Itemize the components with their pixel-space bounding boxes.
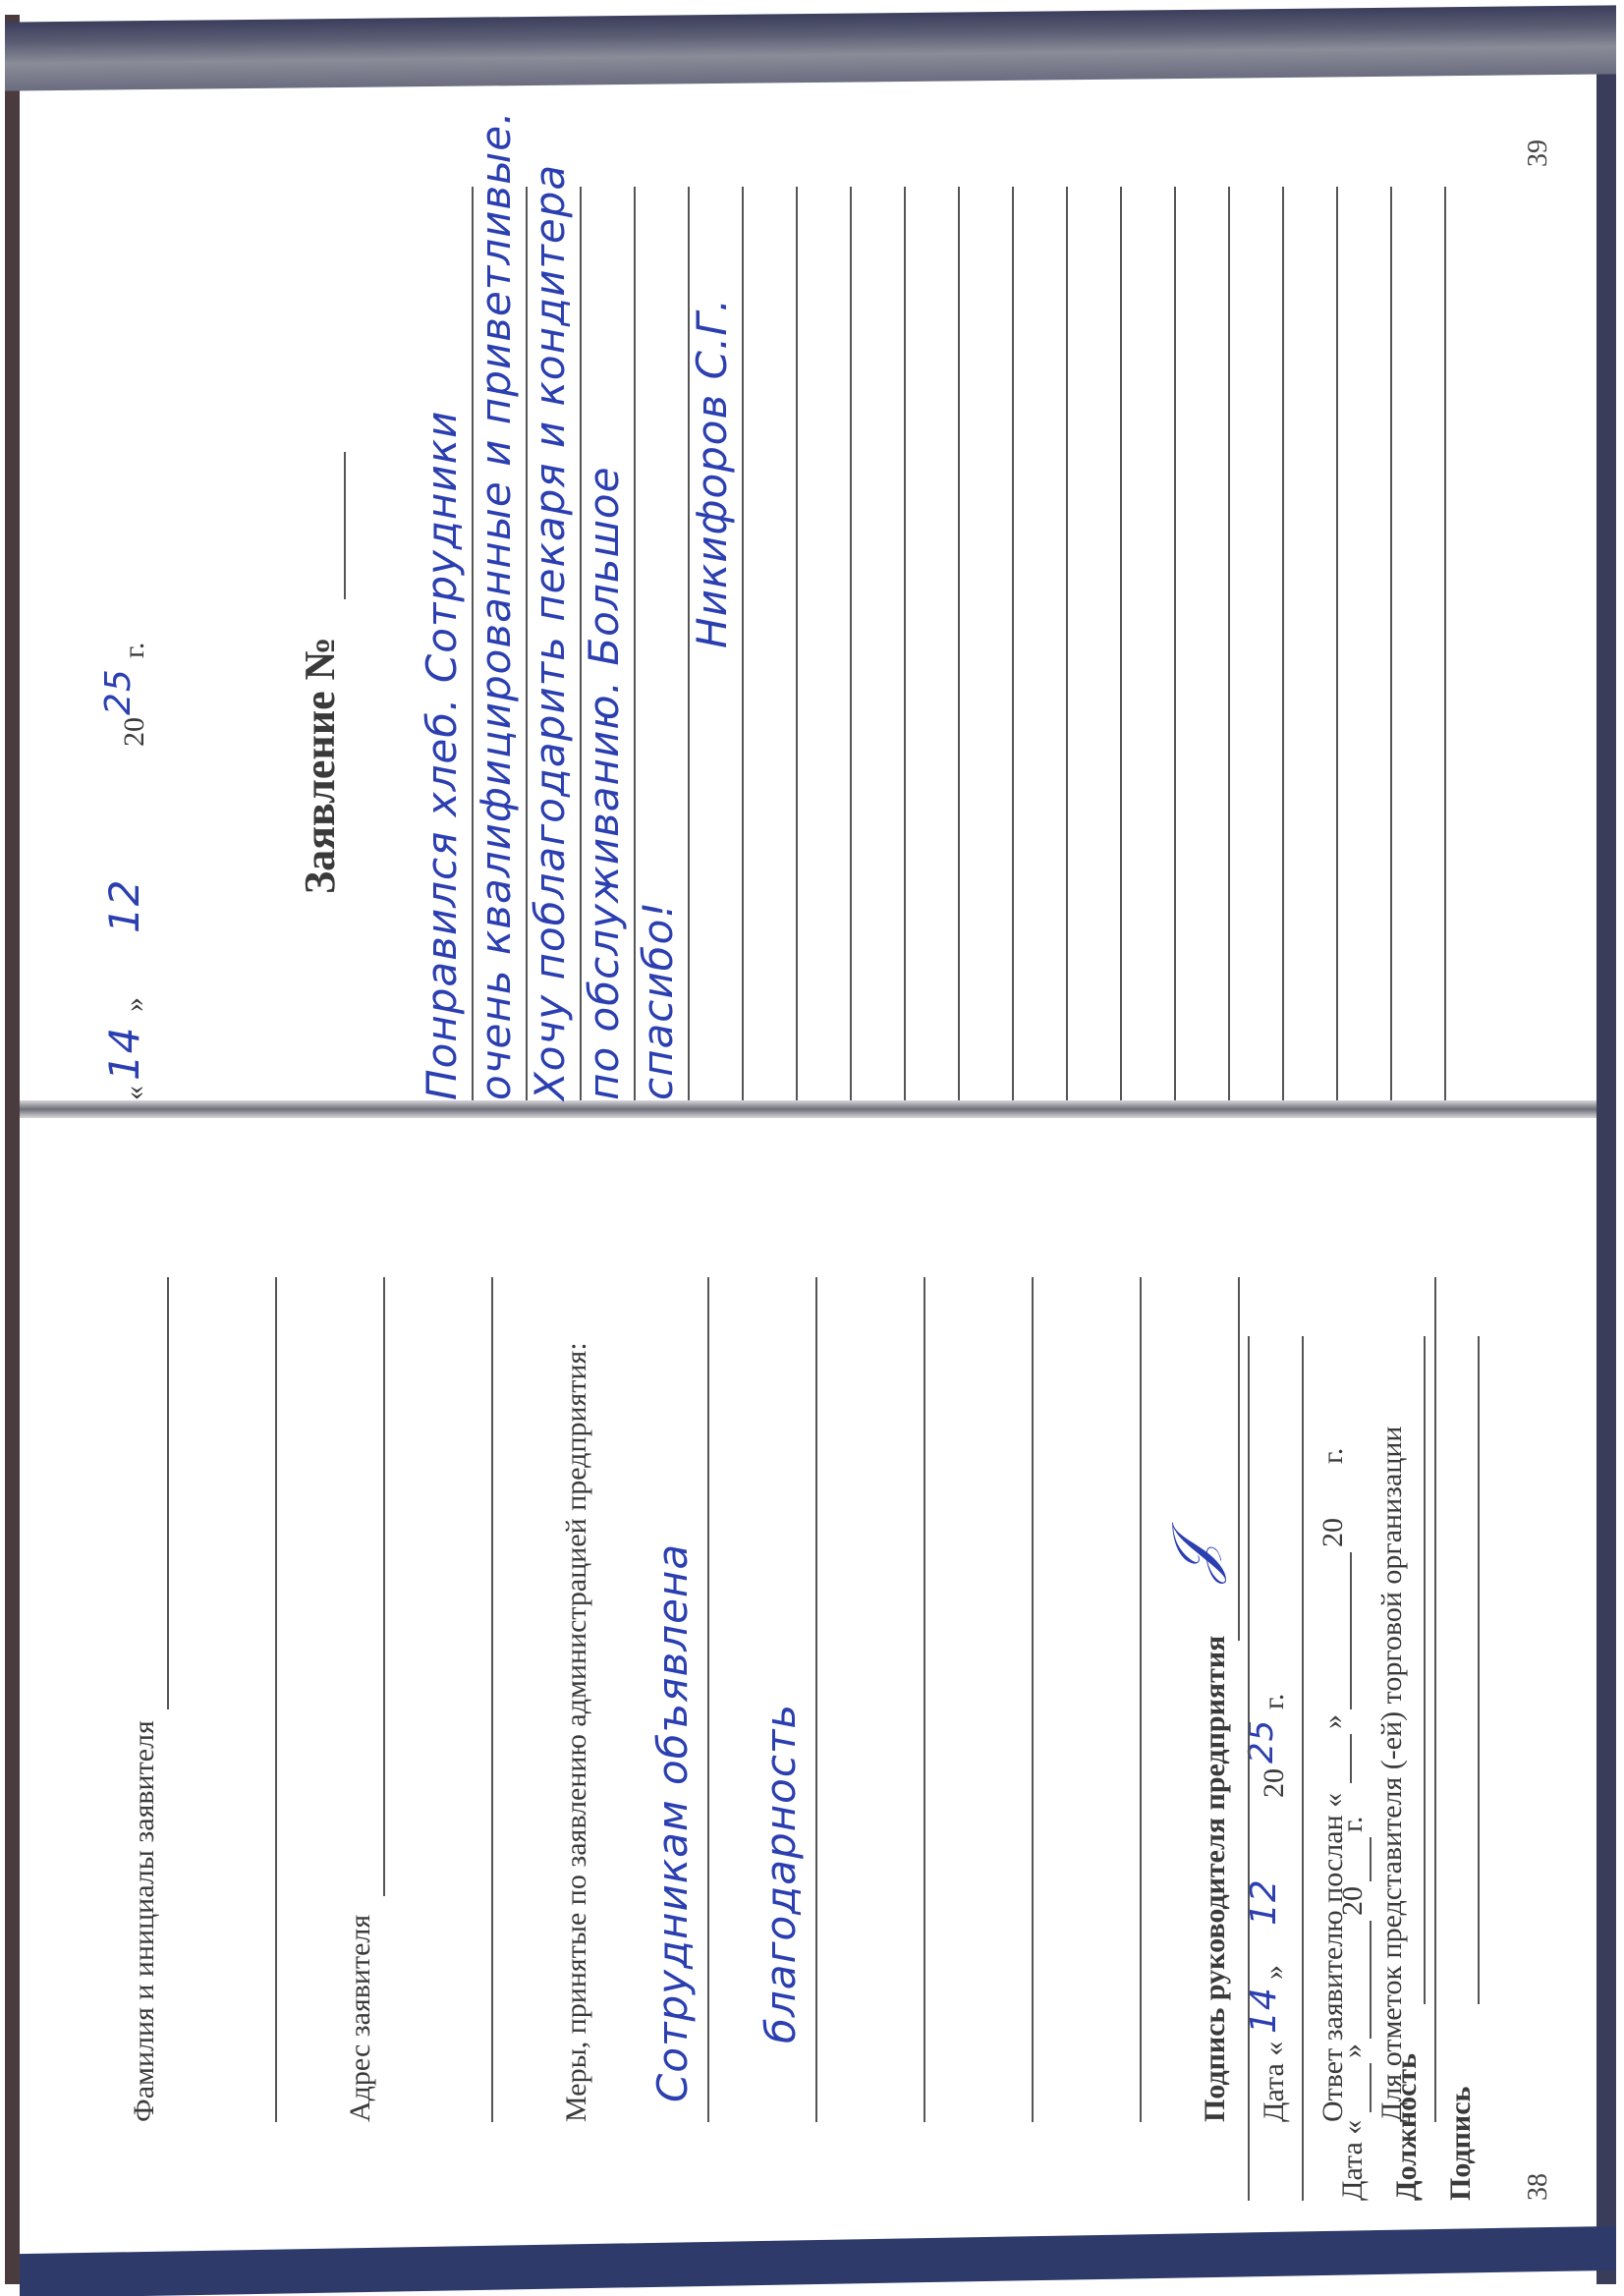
- bottom-date-year: 20: [1336, 1886, 1370, 1916]
- notes-line-2[interactable]: [1248, 1336, 1250, 2201]
- position-line[interactable]: [1424, 1336, 1426, 2004]
- bottom-date-label: Дата «: [1336, 2120, 1370, 2201]
- page-number-38: 38: [1523, 2173, 1554, 2201]
- bottom-date-mid: »: [1336, 2044, 1370, 2058]
- bottom-date-day-line[interactable]: [1370, 2063, 1372, 2112]
- book-cover-edge-left: [5, 15, 20, 2284]
- bottom-date-suffix: г.: [1336, 1817, 1370, 1832]
- notes-line-3[interactable]: [1302, 1336, 1304, 2201]
- page-38-footer: Дата « » 20 г. Должность Подпись 38: [1228, 1120, 1621, 2201]
- signature-label: Подпись: [1444, 2087, 1478, 2201]
- bottom-date-year-line[interactable]: [1370, 1837, 1372, 1881]
- bottom-date-month-line[interactable]: [1370, 1921, 1372, 2039]
- signature-line[interactable]: [1478, 1336, 1480, 2004]
- position-label: Должность: [1390, 2053, 1424, 2201]
